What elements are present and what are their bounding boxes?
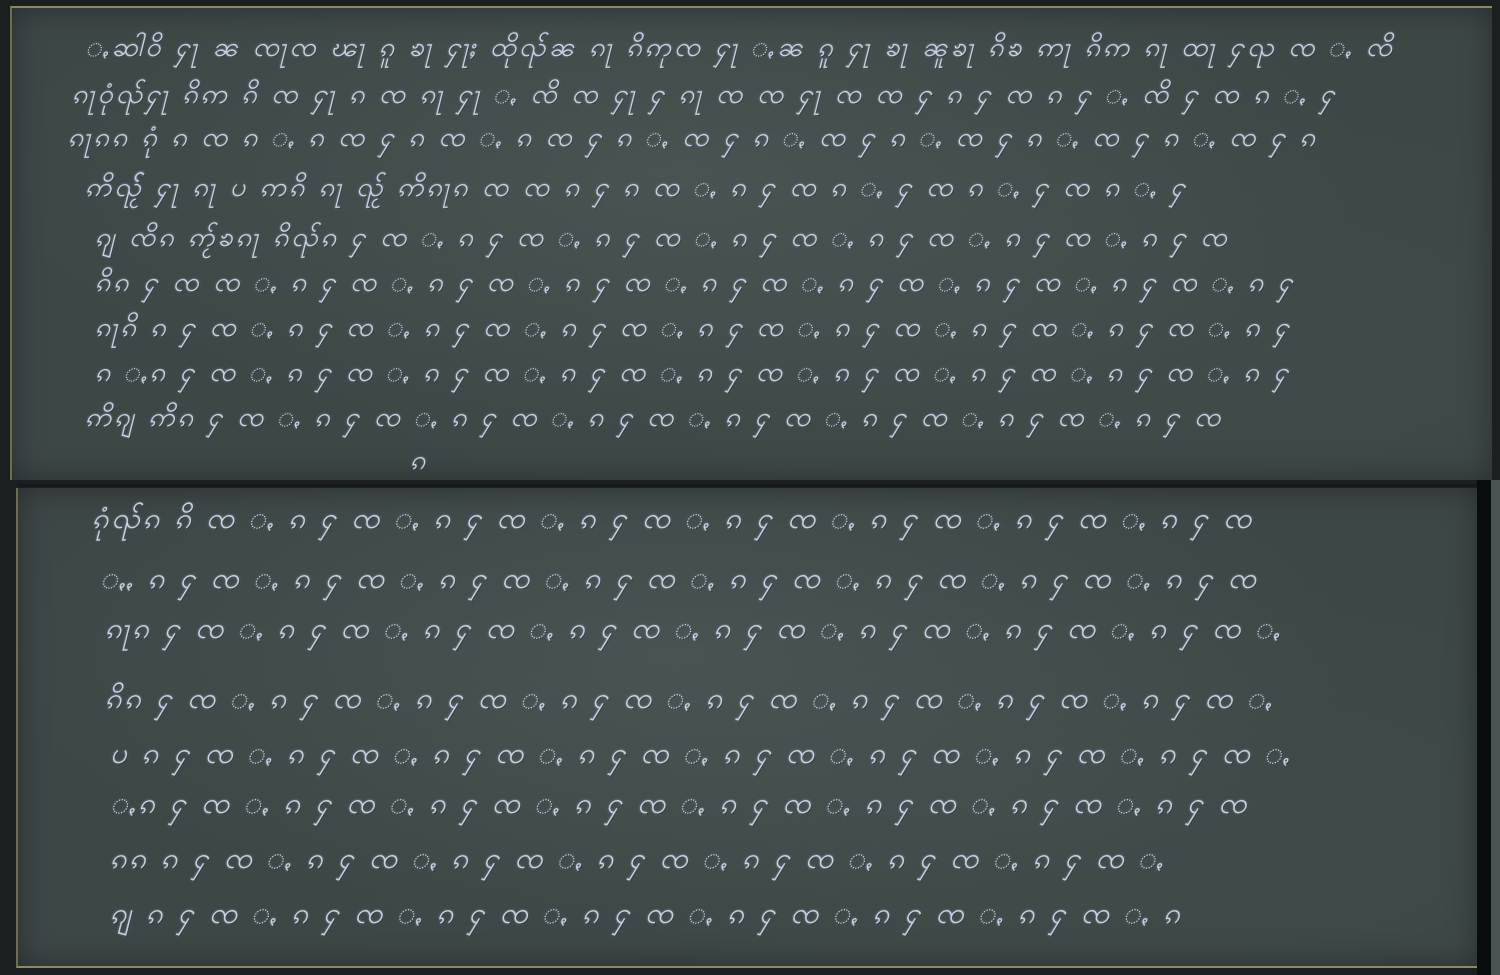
fold-crease [18, 484, 1478, 487]
manuscript-line: ၵျ ၵ ႁ ၸ ꩻ ၵ ႁ ၸ ꩻ ၵ ႁ ၸ ꩻ ၵ ႁ ၸ ꩻ ၵ ႁ ၸ… [110, 895, 1440, 938]
manuscript-line: ၵျ ၸိၵ ဢႂ်ၶၵႃ ၵိၺ်ၵ ႁ ၸ ꩻ ၵ ႁ ၸ ꩻ ၵ ႁ ၸ … [95, 220, 1475, 260]
manuscript-line: ၵႃၵၵ ၵုံ ၵ ၸ ၵ ꩻ ၵ ၸ ႁ ၵ ၸ ꩻ ၵ ၸ ႁ ၵ ꩻ ၸ… [68, 120, 1478, 160]
manuscript-line: ၵႃၵ ႁ ၸ ꩻ ၵ ႁ ၸ ꩻ ၵ ႁ ၸ ꩻ ၵ ႁ ၸ ꩻ ၵ ႁ ၸ … [105, 610, 1445, 653]
manuscript-line: ဢိၺ်ႂ် ႁႃ ၵႃ ပ ဢၵိ ၵႃ ၺ်ႂ ဢိၵႃၵ ၸ ၸ ၵ ႁ … [85, 170, 1475, 210]
page-edge-shadow [1477, 480, 1491, 975]
manuscript-line: ꩻၵ ႁ ၸ ꩻ ၵ ႁ ၸ ꩻ ၵ ႁ ၸ ꩻ ၵ ႁ ၸ ꩻ ၵ ႁ ၸ ꩻ… [110, 785, 1440, 828]
next-fold-edge [1491, 480, 1500, 975]
manuscript-line: ၵိၵ ႁ ၸ ၸ ꩻ ၵ ႁ ၸ ꩻ ၵ ႁ ၸ ꩻ ၵ ႁ ၸ ꩻ ၵ ႁ … [95, 265, 1475, 305]
manuscript-line: ၵ ꩻၵ ႁ ၸ ꩻ ၵ ႁ ၸ ꩻ ၵ ႁ ၸ ꩻ ၵ ႁ ၸ ꩻ ၵ ႁ ၸ… [95, 355, 1475, 395]
manuscript-line: ၵိၵ ႁ ၸ ꩻ ၵ ႁ ၸ ꩻ ၵ ႁ ၸ ꩻ ၵ ႁ ၸ ꩻ ၵ ႁ ၸ … [105, 680, 1445, 723]
manuscript-line: ꩻꩻ ၵ ႁ ၸ ꩻ ၵ ႁ ၸ ꩻ ၵ ႁ ၸ ꩻ ၵ ႁ ၸ ꩻ ၵ ႁ ၸ… [100, 560, 1440, 603]
manuscript-line: ꩻဆါဝိ ႁႃ ၼ ၸႃၸ ၽႃ ၵူ ၶႃ ႁႃႈ ထိုၺ်ၼ ၵႃ ၵိ… [85, 30, 1485, 70]
manuscript-line: ၵုံၺ်ၵ ၵိ ၸ ꩻ ၵ ႁ ၸ ꩻ ၵ ႁ ၸ ꩻ ၵ ႁ ၸ ꩻ ၵ … [92, 500, 1437, 543]
manuscript-line: ဢိၵျ ဢိၵ ႁ ၸ ꩻ ၵ ႁ ၸ ꩻ ၵ ႁ ၸ ꩻ ၵ ႁ ၸ ꩻ ၵ… [85, 400, 1475, 440]
manuscript-line: ၵၵ ၵ ႁ ၸ ꩻ ၵ ႁ ၸ ꩻ ၵ ႁ ၸ ꩻ ၵ ႁ ၸ ꩻ ၵ ႁ ၸ… [110, 840, 1440, 883]
manuscript-line: ၵႃၵိ ၵ ႁ ၸ ꩻ ၵ ႁ ၸ ꩻ ၵ ႁ ၸ ꩻ ၵ ႁ ၸ ꩻ ၵ ႁ… [95, 310, 1475, 350]
manuscript-line: ၵႃဝုံၺ်ႁႃ ၵိဢ ၵိ ၸ ႁႃ ၵ ၸ ၵႃ ႁႃ ꩻ ၸိ ၸ ႁ… [72, 77, 1482, 117]
manuscript-line: ပ ၵ ႁ ၸ ꩻ ၵ ႁ ၸ ꩻ ၵ ႁ ၸ ꩻ ၵ ႁ ၸ ꩻ ၵ ႁ ၸ … [110, 735, 1440, 778]
manuscript-line: ၵ [410, 443, 470, 483]
